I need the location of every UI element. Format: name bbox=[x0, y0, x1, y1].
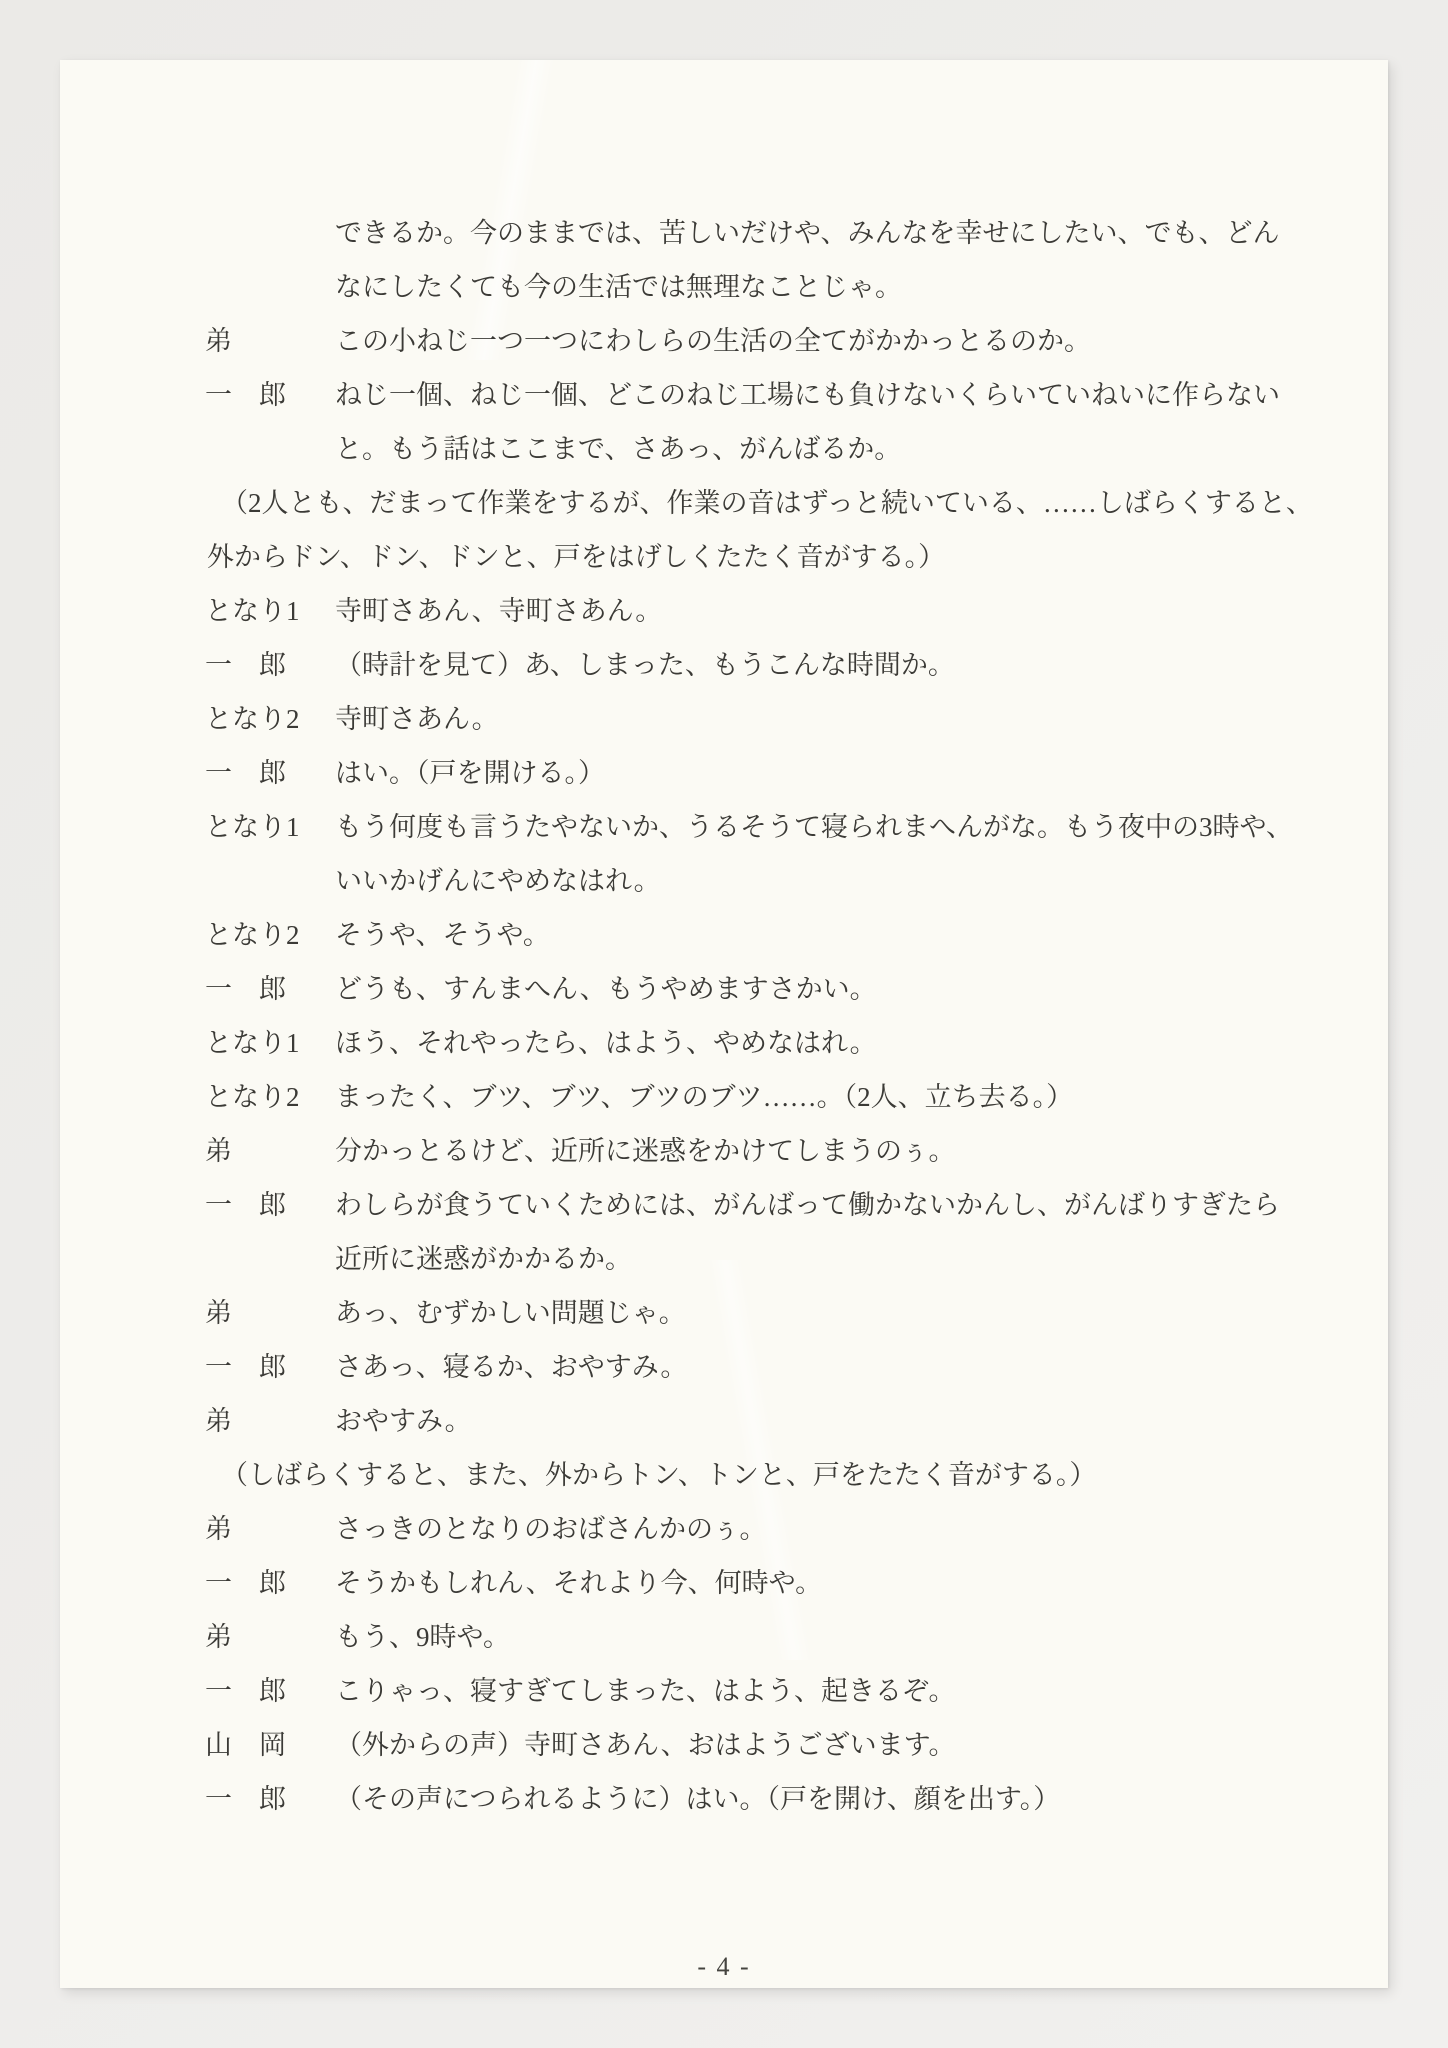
script-line: 一 郎（時計を見て）あ、しまった、もうこんな時間か。 bbox=[205, 638, 1315, 692]
speech-text: もう、9時や。 bbox=[335, 1610, 1315, 1664]
speech-text: さっきのとなりのおばさんかのぅ。 bbox=[335, 1502, 1315, 1556]
script-line: となり2そうや、そうや。 bbox=[205, 908, 1315, 962]
speech-text: まったく、ブツ、ブツ、ブツのブツ……。（2人、立ち去る。） bbox=[335, 1070, 1315, 1124]
speaker-name: となり2 bbox=[205, 1070, 335, 1124]
page-number: - 4 - bbox=[60, 1952, 1388, 1982]
speaker-name: 弟 bbox=[205, 1394, 335, 1448]
speech-text: おやすみ。 bbox=[335, 1394, 1315, 1448]
speech-text: はい。（戸を開ける。） bbox=[335, 746, 1315, 800]
speaker-name: となり1 bbox=[205, 1016, 335, 1070]
speech-text: そうかもしれん、それより今、何時や。 bbox=[335, 1556, 1315, 1610]
script-line: 一 郎わしらが食うていくためには、がんばって働かないかんし、がんばりすぎたら 近… bbox=[205, 1178, 1315, 1286]
speaker-name: 山 岡 bbox=[205, 1718, 335, 1772]
script-line: 一 郎はい。（戸を開ける。） bbox=[205, 746, 1315, 800]
speech-text: さあっ、寝るか、おやすみ。 bbox=[335, 1340, 1315, 1394]
speech-text: どうも、すんまへん、もうやめますさかい。 bbox=[335, 962, 1315, 1016]
speech-text: （外からの声）寺町さあん、おはようございます。 bbox=[335, 1718, 1315, 1772]
speaker-name: となり2 bbox=[205, 692, 335, 746]
script-line: となり1もう何度も言うたやないか、うるそうて寝られまへんがな。もう夜中の3時や、… bbox=[205, 800, 1315, 908]
script-line: 一 郎こりゃっ、寝すぎてしまった、はよう、起きるぞ。 bbox=[205, 1664, 1315, 1718]
script-line: となり1ほう、それやったら、はよう、やめなはれ。 bbox=[205, 1016, 1315, 1070]
script-line: 弟さっきのとなりのおばさんかのぅ。 bbox=[205, 1502, 1315, 1556]
speaker-name: 一 郎 bbox=[205, 368, 335, 476]
speech-text: こりゃっ、寝すぎてしまった、はよう、起きるぞ。 bbox=[335, 1664, 1315, 1718]
script-line: となり1寺町さあん、寺町さあん。 bbox=[205, 584, 1315, 638]
script-line: 一 郎そうかもしれん、それより今、何時や。 bbox=[205, 1556, 1315, 1610]
speaker-name: となり1 bbox=[205, 800, 335, 908]
script-line: 一 郎（その声につられるように）はい。（戸を開け、顔を出す。） bbox=[205, 1772, 1315, 1826]
speech-text: ねじ一個、ねじ一個、どこのねじ工場にも負けないくらいていねいに作らない と。もう… bbox=[335, 368, 1315, 476]
script-line: 一 郎さあっ、寝るか、おやすみ。 bbox=[205, 1340, 1315, 1394]
speech-text: 寺町さあん、寺町さあん。 bbox=[335, 584, 1315, 638]
script-line: 弟あっ、むずかしい問題じゃ。 bbox=[205, 1286, 1315, 1340]
speaker-name: 一 郎 bbox=[205, 746, 335, 800]
speech-text: もう何度も言うたやないか、うるそうて寝られまへんがな。もう夜中の3時や、 いいか… bbox=[335, 800, 1315, 908]
speaker-name: 弟 bbox=[205, 1610, 335, 1664]
script-line: 山 岡（外からの声）寺町さあん、おはようございます。 bbox=[205, 1718, 1315, 1772]
speaker-name: 弟 bbox=[205, 1502, 335, 1556]
speech-text: あっ、むずかしい問題じゃ。 bbox=[335, 1286, 1315, 1340]
script-line: 弟この小ねじ一つ一つにわしらの生活の全てがかかっとるのか。 bbox=[205, 314, 1315, 368]
script-line: 一 郎どうも、すんまへん、もうやめますさかい。 bbox=[205, 962, 1315, 1016]
speaker-name: 弟 bbox=[205, 1286, 335, 1340]
script-line: となり2まったく、ブツ、ブツ、ブツのブツ……。（2人、立ち去る。） bbox=[205, 1070, 1315, 1124]
document-page: できるか。今のままでは、苦しいだけや、みんなを幸せにしたい、でも、どん なにした… bbox=[60, 60, 1388, 1988]
script-line: 弟おやすみ。 bbox=[205, 1394, 1315, 1448]
speech-text: 分かっとるけど、近所に迷惑をかけてしまうのぅ。 bbox=[335, 1124, 1315, 1178]
stage-text: （2人とも、だまって作業をするが、作業の音はずっと続いている、……しばらくすると… bbox=[207, 476, 1315, 584]
speech-text: 寺町さあん。 bbox=[335, 692, 1315, 746]
stage-direction: （しばらくすると、また、外からトン、トンと、戸をたたく音がする。） bbox=[205, 1448, 1315, 1502]
speech-text: ほう、それやったら、はよう、やめなはれ。 bbox=[335, 1016, 1315, 1070]
script-body: できるか。今のままでは、苦しいだけや、みんなを幸せにしたい、でも、どん なにした… bbox=[205, 206, 1315, 1826]
speaker-name: 一 郎 bbox=[205, 1178, 335, 1286]
speaker-name: 一 郎 bbox=[205, 1664, 335, 1718]
speaker-name bbox=[205, 206, 335, 314]
speaker-name: 一 郎 bbox=[205, 638, 335, 692]
speaker-name: 一 郎 bbox=[205, 1340, 335, 1394]
speaker-name: 一 郎 bbox=[205, 1772, 335, 1826]
speaker-name: 一 郎 bbox=[205, 962, 335, 1016]
speaker-name: 弟 bbox=[205, 314, 335, 368]
script-line: 弟分かっとるけど、近所に迷惑をかけてしまうのぅ。 bbox=[205, 1124, 1315, 1178]
speech-text: できるか。今のままでは、苦しいだけや、みんなを幸せにしたい、でも、どん なにした… bbox=[335, 206, 1315, 314]
speech-text: わしらが食うていくためには、がんばって働かないかんし、がんばりすぎたら 近所に迷… bbox=[335, 1178, 1315, 1286]
speech-text: （その声につられるように）はい。（戸を開け、顔を出す。） bbox=[335, 1772, 1315, 1826]
speech-text: この小ねじ一つ一つにわしらの生活の全てがかかっとるのか。 bbox=[335, 314, 1315, 368]
speech-text: （時計を見て）あ、しまった、もうこんな時間か。 bbox=[335, 638, 1315, 692]
speaker-name: 一 郎 bbox=[205, 1556, 335, 1610]
speaker-name: となり1 bbox=[205, 584, 335, 638]
stage-direction: （2人とも、だまって作業をするが、作業の音はずっと続いている、……しばらくすると… bbox=[205, 476, 1315, 584]
speech-text: そうや、そうや。 bbox=[335, 908, 1315, 962]
speaker-name: となり2 bbox=[205, 908, 335, 962]
script-line: 一 郎ねじ一個、ねじ一個、どこのねじ工場にも負けないくらいていねいに作らない と… bbox=[205, 368, 1315, 476]
speaker-name: 弟 bbox=[205, 1124, 335, 1178]
script-line: となり2寺町さあん。 bbox=[205, 692, 1315, 746]
script-line: できるか。今のままでは、苦しいだけや、みんなを幸せにしたい、でも、どん なにした… bbox=[205, 206, 1315, 314]
stage-text: （しばらくすると、また、外からトン、トンと、戸をたたく音がする。） bbox=[207, 1448, 1315, 1502]
script-line: 弟もう、9時や。 bbox=[205, 1610, 1315, 1664]
